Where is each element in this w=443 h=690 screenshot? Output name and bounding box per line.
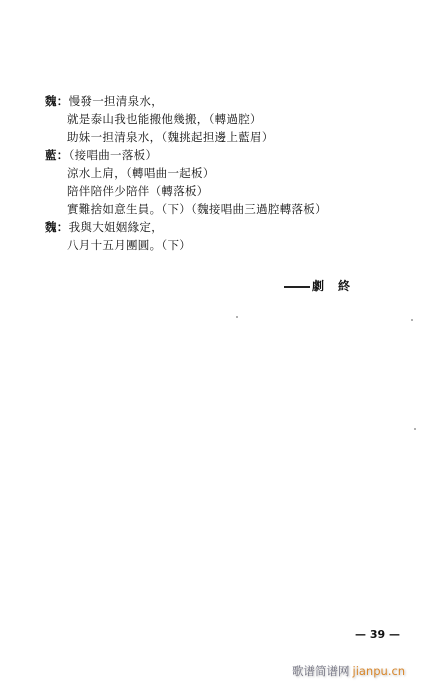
script-line: 八月十五月團圓。（下） <box>67 238 191 252</box>
line-text: 就是泰山我也能搬他幾搬，（轉過腔） <box>67 112 262 126</box>
speaker-label: 魏： <box>45 220 69 234</box>
line-text: 八月十五月團圓。（下） <box>67 238 191 252</box>
script-line: 助妹一担清泉水，（魏挑起担邊上藍眉） <box>67 130 274 144</box>
line-text: 助妹一担清泉水，（魏挑起担邊上藍眉） <box>67 130 274 144</box>
line-text: （接唱曲一落板） <box>69 148 158 162</box>
dash-rule <box>284 286 310 288</box>
script-line: 陪伴陪伴少陪伴（轉落板） <box>67 184 209 198</box>
speaker-label: 藍： <box>45 148 69 162</box>
watermark-cn: 歌谱简谱网 <box>292 664 350 678</box>
line-text: 慢發一担清泉水， <box>69 94 163 108</box>
watermark: 歌谱简谱网jianpu.cn <box>292 663 405 679</box>
scan-speck <box>414 428 416 430</box>
watermark-site: jianpu.cn <box>353 664 406 678</box>
end-signature: 劇 終 <box>284 277 351 294</box>
script-line: 涼水上肩，（轉唱曲一起板） <box>67 166 215 180</box>
script-line: 就是泰山我也能搬他幾搬，（轉過腔） <box>67 112 262 126</box>
line-text: 涼水上肩，（轉唱曲一起板） <box>67 166 215 180</box>
page-number: — 39 — <box>355 628 400 641</box>
line-text: 實難捨如意生員。（下）（魏接唱曲三過腔轉落板） <box>67 202 327 216</box>
script-line: 實難捨如意生員。（下）（魏接唱曲三過腔轉落板） <box>67 202 327 216</box>
signature-text: 劇 終 <box>312 279 351 293</box>
scan-speck <box>411 319 413 321</box>
script-line: 魏：我與大姐姻緣定， <box>45 220 163 234</box>
line-text: 陪伴陪伴少陪伴（轉落板） <box>67 184 209 198</box>
script-line: 魏：慢發一担清泉水， <box>45 94 163 108</box>
script-line: 藍：（接唱曲一落板） <box>45 148 157 162</box>
scan-speck <box>236 316 238 318</box>
speaker-label: 魏： <box>45 94 69 108</box>
line-text: 我與大姐姻緣定， <box>69 220 163 234</box>
